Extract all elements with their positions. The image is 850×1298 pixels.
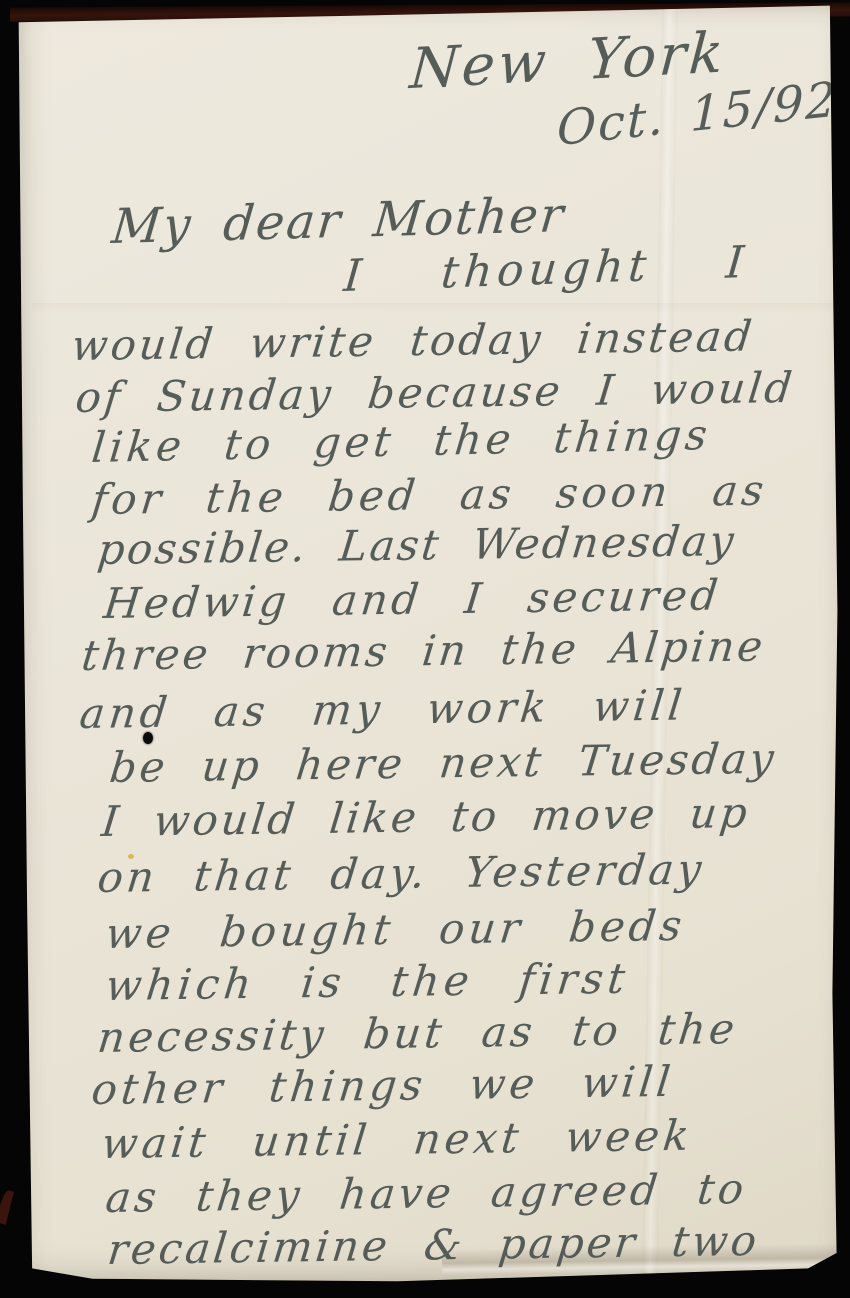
album-page-edge-left	[0, 1189, 14, 1224]
letter-line-body: be up here next Tuesday	[107, 734, 779, 792]
letter-line-body: on that day. Yesterday	[95, 844, 707, 902]
letter-line-body: recalcimine & paper two	[105, 1216, 762, 1274]
letter-line-body: other things we will	[89, 1057, 676, 1114]
letter-paper: New YorkOct. 15/92My dear MotherI though…	[12, 3, 850, 1289]
letter-line-body: and as my work will	[77, 681, 688, 739]
paper-fleck	[128, 854, 134, 859]
letter-line-body: wait until next week	[99, 1111, 695, 1168]
letter-line-body: I would like to move up	[99, 788, 752, 846]
ink-blot-hole	[143, 732, 153, 744]
letter-line-body: necessity but as to the	[95, 1004, 740, 1062]
letter-line-body: which is the first	[103, 954, 632, 1010]
letter-line-body: Hedwig and I secured	[101, 570, 723, 628]
letter-line-body: we bought our beds	[103, 901, 688, 958]
scanned-letter-scene: New YorkOct. 15/92My dear MotherI though…	[0, 0, 850, 1298]
letter-line-body: for the bed as soon as	[89, 466, 770, 525]
letter-line-body: would write today instead	[69, 311, 757, 370]
letter-text: New YorkOct. 15/92My dear MotherI though…	[12, 3, 850, 1289]
letter-line-body: as they have agreed to	[103, 1164, 749, 1222]
letter-line-body: possible. Last Wednesday	[95, 516, 738, 574]
letter-line-body: three rooms in the Alpine	[79, 621, 768, 680]
